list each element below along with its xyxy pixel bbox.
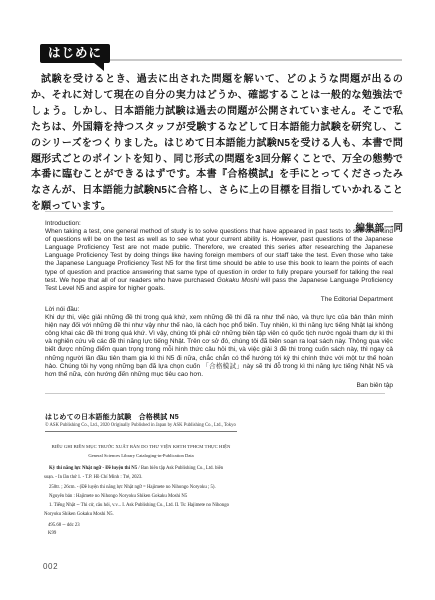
cip-ddc-number: 495.68 -- ddc 23 — [48, 522, 80, 530]
intro-japanese-body: 試験を受けるとき、過去に出された問題を解いて、どのような問題が出るのか、それに対… — [31, 72, 403, 215]
cip-entry: Kỳ thi năng lực Nhật ngữ - Đề luyện thi … — [44, 464, 232, 520]
intro-english-body-pre: When taking a test, one general method o… — [45, 228, 393, 284]
page-number: 002 — [43, 562, 58, 571]
intro-english-signature: The Editorial Department — [45, 296, 393, 304]
book-page: はじめに 試験を受けるとき、過去に出された問題を解いて、どのような問題が出るのか… — [0, 0, 435, 600]
colophon-rule — [45, 431, 237, 432]
cip-entry-title: Kỳ thi năng lực Nhật ngữ - Đề luyện thi … — [49, 466, 137, 471]
cip-entry-original-title: Nguyên bản : Hajimete no Nihongo Noryoku… — [44, 492, 232, 501]
cip-entry-tracings: 1. Tiếng Nhật -- Thi cử, câu hỏi, v.v...… — [44, 501, 232, 520]
cip-classification: 495.68 -- ddc 23 K99 — [48, 522, 80, 537]
cip-heading-vietnamese: BIỂU GHI BIÊN MỤC TRƯỚC XUẤT BẢN DO THƯ … — [33, 442, 249, 451]
cip-heading-english: General Sciences Library Cataloging-in-P… — [33, 451, 249, 460]
page-title: はじめに — [40, 44, 110, 63]
intro-english-heading: Introduction: — [45, 220, 393, 228]
colophon-copyright: © ASK Publishing Co., Ltd., 2020 Origina… — [45, 423, 245, 428]
intro-english-book-title: Gokaku Moshi — [217, 277, 259, 284]
intro-vietnamese-heading: Lời nói đầu: — [45, 306, 393, 314]
cip-entry-collation: 250tr. ; 26cm. - (Đề luyện thi năng lực … — [44, 483, 232, 492]
intro-japanese-section: 試験を受けるとき、過去に出された問題を解いて、どのような問題が出るのか、それに対… — [31, 72, 403, 234]
cip-entry-title-line: Kỳ thi năng lực Nhật ngữ - Đề luyện thi … — [44, 464, 232, 483]
colophon-book-title: はじめての日本語能力試験 合格模試 N5 — [45, 412, 179, 422]
page-title-label: はじめに — [48, 46, 102, 60]
header-rule — [100, 59, 402, 61]
intro-english-section: Introduction: When taking a test, one ge… — [45, 220, 393, 304]
intro-vietnamese-body: Khi dự thi, việc giải những đề thi trong… — [45, 314, 393, 379]
intro-vietnamese-signature: Ban biên tập — [45, 382, 393, 390]
section-divider-bottom — [45, 393, 385, 394]
cip-call-number: K99 — [48, 530, 80, 538]
intro-english-body: When taking a test, one general method o… — [45, 228, 393, 293]
intro-vietnamese-section: Lời nói đầu: Khi dự thi, việc giải những… — [45, 306, 393, 390]
section-divider-top — [45, 211, 393, 212]
cip-headings: BIỂU GHI BIÊN MỤC TRƯỚC XUẤT BẢN DO THƯ … — [33, 442, 249, 460]
